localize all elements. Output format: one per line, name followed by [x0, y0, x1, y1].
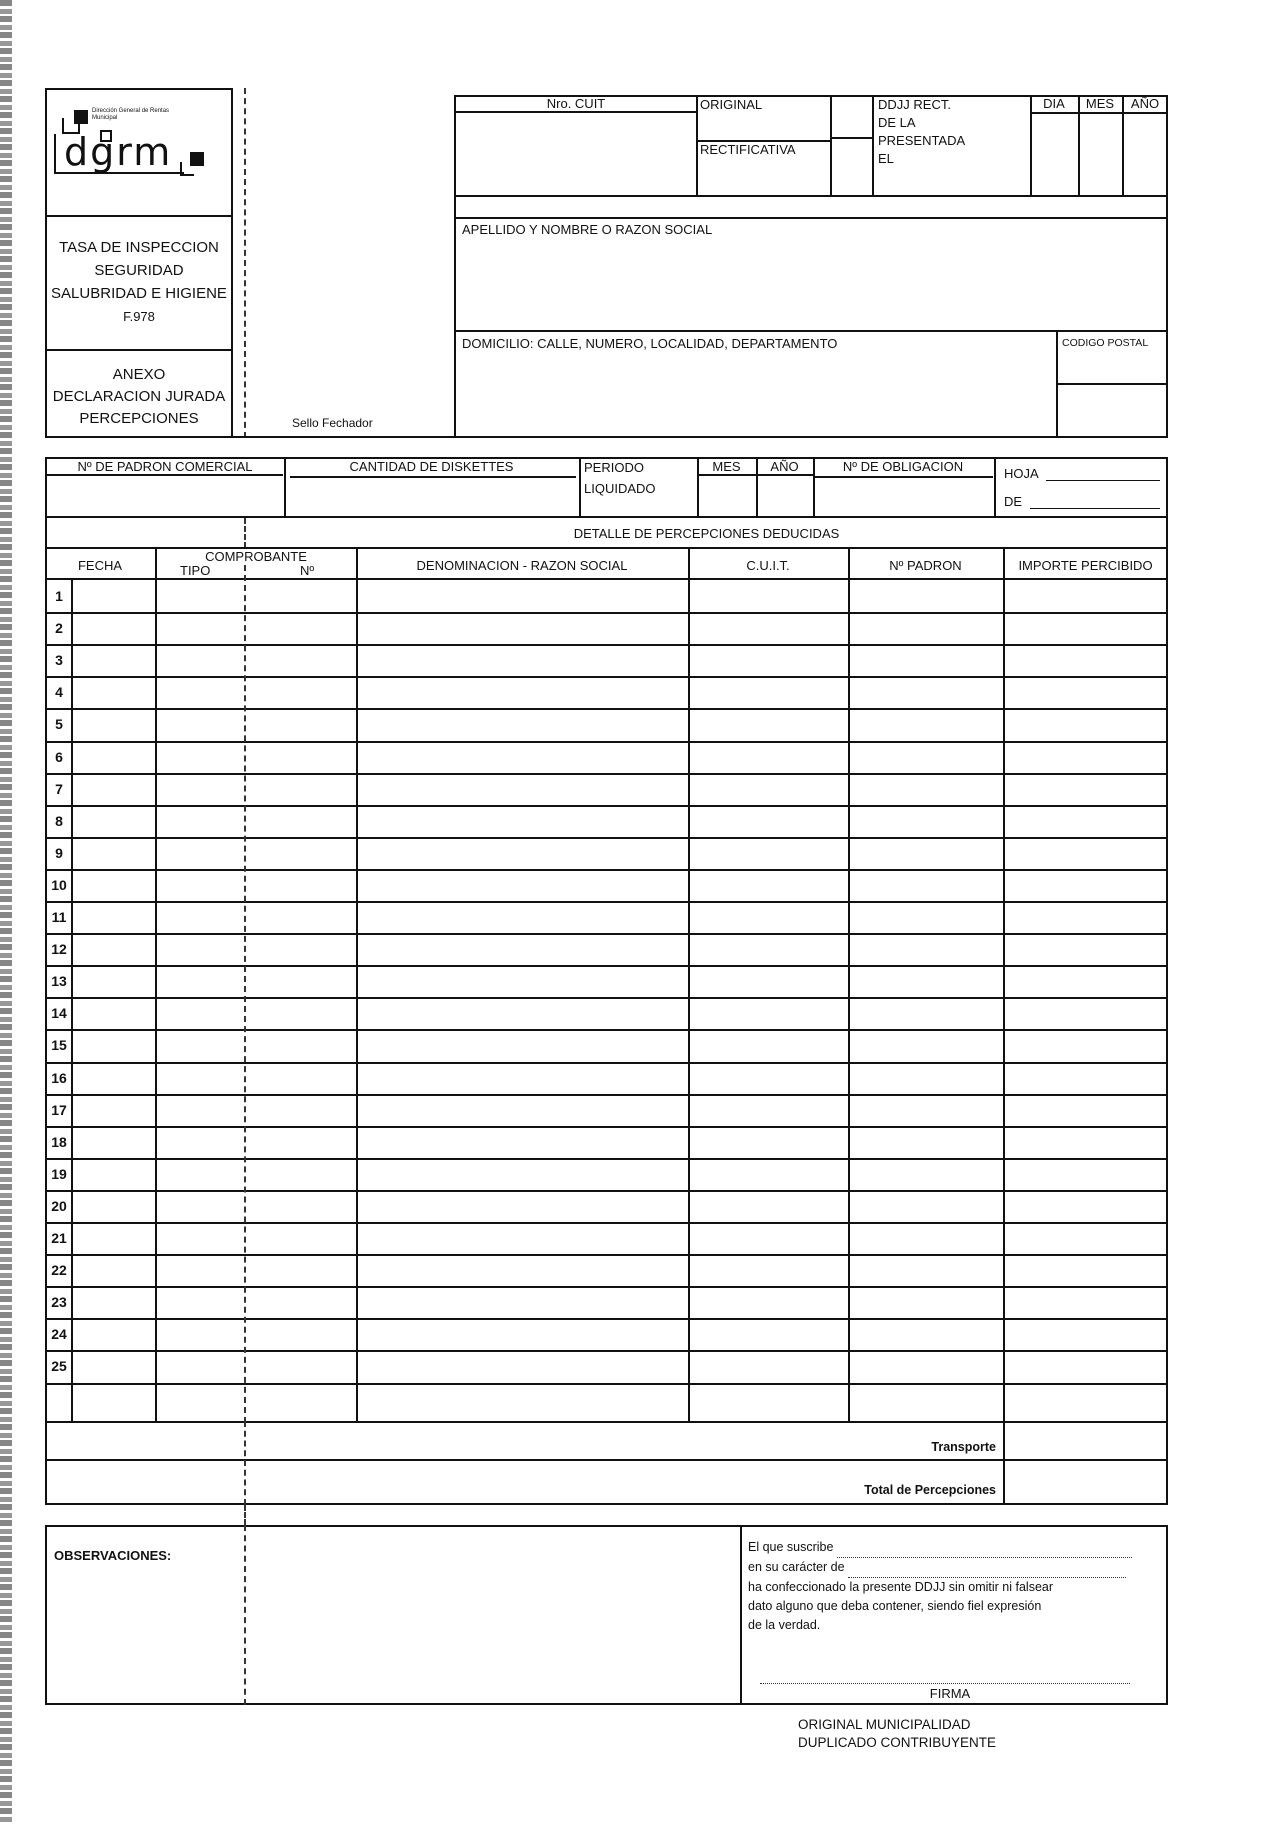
domicilio-label: DOMICILIO: CALLE, NUMERO, LOCALIDAD, DEP… [462, 336, 837, 351]
fecha-cell[interactable] [72, 1352, 155, 1380]
importe-cell[interactable] [1004, 807, 1167, 835]
divider [244, 1505, 246, 1525]
denominacion-cell[interactable] [357, 1160, 687, 1188]
denominacion-cell[interactable] [357, 1385, 687, 1413]
divider [45, 516, 1168, 518]
tipo-cell[interactable] [156, 1352, 244, 1380]
table-row: 18 [45, 1126, 1168, 1158]
tipo-cell[interactable] [156, 903, 244, 931]
fecha-cell[interactable] [72, 903, 155, 931]
logo-subtitle: Dirección General de Rentas Municipal [92, 108, 182, 122]
tipo-cell[interactable] [156, 807, 244, 835]
firma-field[interactable] [760, 1674, 1130, 1684]
padron-cell[interactable] [849, 1031, 1002, 1059]
row-number: 14 [47, 1005, 71, 1021]
footer-original: ORIGINAL MUNICIPALIDAD [798, 1716, 996, 1734]
annex-line-2: DECLARACION JURADA [45, 386, 233, 408]
cuit-cell[interactable] [689, 967, 847, 995]
numero-cell[interactable] [245, 775, 355, 803]
liquidado-label: LIQUIDADO [584, 481, 656, 496]
table-row: 19 [45, 1158, 1168, 1190]
divider [696, 95, 698, 197]
fecha-cell[interactable] [72, 710, 155, 738]
tipo-cell[interactable] [156, 999, 244, 1027]
cuit-cell[interactable] [689, 678, 847, 706]
numero-cell[interactable] [245, 710, 355, 738]
observaciones-label: OBSERVACIONES: [54, 1548, 171, 1563]
cuit-cell[interactable] [689, 710, 847, 738]
denominacion-cell[interactable] [357, 775, 687, 803]
row-number: 10 [47, 877, 71, 893]
divider [740, 1525, 742, 1705]
copy-distribution: ORIGINAL MUNICIPALIDAD DUPLICADO CONTRIB… [798, 1716, 996, 1752]
tipo-cell[interactable] [156, 967, 244, 995]
tipo-cell[interactable] [156, 839, 244, 867]
divider [454, 217, 1168, 219]
caracter-field[interactable] [848, 1558, 1126, 1578]
column-divider [848, 547, 850, 1423]
denominacion-cell[interactable] [357, 807, 687, 835]
cuit-cell[interactable] [689, 743, 847, 771]
table-row: 7 [45, 773, 1168, 805]
periodo-anio-label: AÑO [756, 459, 813, 474]
numero-cell[interactable] [245, 1160, 355, 1188]
numero-cell[interactable] [245, 1031, 355, 1059]
denominacion-cell[interactable] [357, 582, 687, 610]
padron-cell[interactable] [849, 807, 1002, 835]
row-number: 6 [47, 749, 71, 765]
numero-cell[interactable] [245, 839, 355, 867]
numero-cell[interactable] [245, 1128, 355, 1156]
denominacion-cell[interactable] [357, 1031, 687, 1059]
razon-social-field[interactable] [456, 240, 1166, 328]
stamp-label: Sello Fechador [292, 416, 373, 431]
denominacion-cell[interactable] [357, 1320, 687, 1348]
numero-cell[interactable] [245, 743, 355, 771]
diskettes-label: CANTIDAD DE DISKETTES [284, 459, 579, 474]
divider [233, 436, 455, 438]
domicilio-field[interactable] [456, 354, 1056, 436]
observaciones-field[interactable] [47, 1568, 737, 1702]
fecha-cell[interactable] [72, 1031, 155, 1059]
annex-line-1: ANEXO [45, 364, 233, 386]
tipo-cell[interactable] [156, 1288, 244, 1316]
numero-cell[interactable] [245, 1385, 355, 1413]
fecha-cell[interactable] [72, 1096, 155, 1124]
cuit-cell[interactable] [689, 871, 847, 899]
detail-title: DETALLE DE PERCEPCIONES DEDUCIDAS [245, 526, 1168, 541]
table-row: 6 [45, 741, 1168, 773]
cuit-cell[interactable] [689, 1224, 847, 1252]
padron-cell[interactable] [849, 839, 1002, 867]
diskettes-field[interactable] [286, 478, 578, 515]
tipo-cell[interactable] [156, 646, 244, 674]
denominacion-cell[interactable] [357, 1352, 687, 1380]
fecha-cell[interactable] [72, 1256, 155, 1284]
periodo-anio-field[interactable] [758, 476, 812, 515]
logo-wordmark: dgrm [64, 132, 172, 172]
importe-cell[interactable] [1004, 1064, 1167, 1092]
logo-bracket-icon [180, 162, 194, 176]
padron-cell[interactable] [849, 871, 1002, 899]
declaration-line-3: ha confeccionado la presente DDJJ sin om… [748, 1578, 1160, 1597]
row-number: 20 [47, 1198, 71, 1214]
declaration-line-5: de la verdad. [748, 1616, 1160, 1635]
firma-label: FIRMA [900, 1686, 1000, 1701]
table-row: 13 [45, 965, 1168, 997]
obligacion-label: Nº DE OBLIGACION [813, 459, 993, 474]
presentada-mes-field[interactable] [1080, 114, 1122, 194]
importe-cell[interactable] [1004, 871, 1167, 899]
tipo-cell[interactable] [156, 710, 244, 738]
presentada-dia-field[interactable] [1032, 114, 1078, 194]
table-row: 21 [45, 1222, 1168, 1254]
fecha-cell[interactable] [72, 678, 155, 706]
numero-cell[interactable] [245, 935, 355, 963]
numero-cell[interactable] [245, 999, 355, 1027]
form-title-line-1: TASA DE INSPECCION [45, 236, 233, 259]
razon-social-label: APELLIDO Y NOMBRE O RAZON SOCIAL [462, 222, 712, 237]
numero-cell[interactable] [245, 903, 355, 931]
row-number: 12 [47, 941, 71, 957]
fecha-cell[interactable] [72, 967, 155, 995]
table-row: 24 [45, 1318, 1168, 1350]
importe-cell[interactable] [1004, 743, 1167, 771]
fecha-cell[interactable] [72, 743, 155, 771]
periodo-mes-label: MES [697, 459, 756, 474]
cuit-cell[interactable] [689, 646, 847, 674]
tipo-cell[interactable] [156, 1096, 244, 1124]
importe-cell[interactable] [1004, 1160, 1167, 1188]
padron-cell[interactable] [849, 710, 1002, 738]
denominacion-cell[interactable] [357, 1224, 687, 1252]
transporte-field[interactable] [1005, 1423, 1166, 1458]
table-row: 9 [45, 837, 1168, 869]
denominacion-cell[interactable] [357, 710, 687, 738]
cuit-label: Nro. CUIT [454, 96, 698, 111]
total-percepciones-field[interactable] [1005, 1461, 1166, 1503]
cuit-cell[interactable] [689, 582, 847, 610]
fecha-cell[interactable] [72, 1192, 155, 1220]
tipo-cell[interactable] [156, 614, 244, 642]
padron-cell[interactable] [849, 582, 1002, 610]
padron-cell[interactable] [849, 1256, 1002, 1284]
rectificativa-checkbox[interactable] [832, 142, 872, 195]
cuit-cell[interactable] [689, 1064, 847, 1092]
padron-cell[interactable] [849, 743, 1002, 771]
tipo-cell[interactable] [156, 1224, 244, 1252]
tipo-cell[interactable] [156, 1031, 244, 1059]
padron-cell[interactable] [849, 646, 1002, 674]
form-code: F.978 [45, 305, 233, 328]
tipo-cell[interactable] [156, 582, 244, 610]
padron-cell[interactable] [849, 967, 1002, 995]
tipo-cell[interactable] [156, 1256, 244, 1284]
col-importe-header: IMPORTE PERCIBIDO [1003, 558, 1168, 573]
cuit-cell[interactable] [689, 1352, 847, 1380]
dgrm-logo: Dirección General de Rentas Municipal dg… [52, 96, 222, 208]
cuit-cell[interactable] [689, 839, 847, 867]
importe-cell[interactable] [1004, 1385, 1167, 1413]
fecha-cell[interactable] [72, 1224, 155, 1252]
padron-cell[interactable] [849, 1352, 1002, 1380]
padron-cell[interactable] [849, 1192, 1002, 1220]
divider [454, 330, 1168, 332]
cuit-cell[interactable] [689, 775, 847, 803]
table-row [45, 1383, 1168, 1415]
form-title: TASA DE INSPECCION SEGURIDAD SALUBRIDAD … [45, 236, 233, 328]
numero-cell[interactable] [245, 967, 355, 995]
padron-cell[interactable] [849, 1064, 1002, 1092]
importe-cell[interactable] [1004, 1256, 1167, 1284]
padron-cell[interactable] [849, 1288, 1002, 1316]
denominacion-cell[interactable] [357, 1288, 687, 1316]
total-percepciones-label: Total de Percepciones [780, 1483, 996, 1498]
importe-cell[interactable] [1004, 1192, 1167, 1220]
codigo-postal-label: CODIGO POSTAL [1062, 336, 1148, 351]
fecha-cell[interactable] [72, 871, 155, 899]
cuit-cell[interactable] [689, 1288, 847, 1316]
cuit-cell[interactable] [689, 1385, 847, 1413]
divider [872, 95, 874, 197]
padron-cell[interactable] [849, 1160, 1002, 1188]
row-number: 7 [47, 781, 71, 797]
numero-cell[interactable] [245, 646, 355, 674]
cuit-cell[interactable] [689, 1192, 847, 1220]
table-row: 1 [45, 580, 1168, 612]
denominacion-cell[interactable] [357, 935, 687, 963]
fecha-cell[interactable] [72, 999, 155, 1027]
fecha-cell[interactable] [72, 1385, 155, 1413]
denominacion-cell[interactable] [357, 999, 687, 1027]
annex-title: ANEXO DECLARACION JURADA PERCEPCIONES [45, 364, 233, 430]
cuit-cell[interactable] [689, 903, 847, 931]
row-number: 16 [47, 1070, 71, 1086]
divider [579, 457, 581, 517]
denominacion-cell[interactable] [357, 871, 687, 899]
footer-duplicado: DUPLICADO CONTRIBUYENTE [798, 1734, 996, 1752]
declaration-text: El que suscribe en su carácter de ha con… [748, 1538, 1160, 1635]
padron-cell[interactable] [849, 1385, 1002, 1413]
tipo-cell[interactable] [156, 743, 244, 771]
padron-cell[interactable] [849, 1096, 1002, 1124]
numero-cell[interactable] [245, 678, 355, 706]
original-label: ORIGINAL [700, 97, 762, 112]
col-cuit-header: C.U.I.T. [688, 558, 848, 573]
row-number: 23 [47, 1294, 71, 1310]
padron-cell[interactable] [849, 903, 1002, 931]
row-number: 11 [47, 909, 71, 925]
tipo-cell[interactable] [156, 1064, 244, 1092]
importe-cell[interactable] [1004, 839, 1167, 867]
fecha-cell[interactable] [72, 1128, 155, 1156]
fecha-cell[interactable] [72, 1288, 155, 1316]
tipo-cell[interactable] [156, 1192, 244, 1220]
codigo-postal-field[interactable] [1058, 350, 1166, 382]
table-row: 22 [45, 1254, 1168, 1286]
denominacion-cell[interactable] [357, 903, 687, 931]
declaration-line-4: dato alguno que deba contener, siendo fi… [748, 1597, 1160, 1616]
padron-cell[interactable] [849, 1320, 1002, 1348]
row-number: 25 [47, 1358, 71, 1374]
col-tipo-header: TIPO [180, 563, 210, 578]
presentada-anio-field[interactable] [1124, 114, 1166, 194]
mes-label: MES [1078, 96, 1122, 111]
denominacion-cell[interactable] [357, 614, 687, 642]
importe-cell[interactable] [1004, 614, 1167, 642]
padron-cell[interactable] [849, 678, 1002, 706]
padron-cell[interactable] [849, 935, 1002, 963]
importe-cell[interactable] [1004, 1128, 1167, 1156]
ddjj-rect-line-1: DDJJ RECT. [878, 96, 965, 114]
importe-cell[interactable] [1004, 1352, 1167, 1380]
numero-cell[interactable] [245, 1256, 355, 1284]
importe-cell[interactable] [1004, 1031, 1167, 1059]
tipo-cell[interactable] [156, 1385, 244, 1413]
cuit-cell[interactable] [689, 1031, 847, 1059]
row-number: 24 [47, 1326, 71, 1342]
row-number: 18 [47, 1134, 71, 1150]
de-field[interactable] [1030, 494, 1160, 509]
cuit-cell[interactable] [689, 999, 847, 1027]
numero-cell[interactable] [245, 1064, 355, 1092]
fecha-cell[interactable] [72, 1320, 155, 1348]
numero-cell[interactable] [245, 1320, 355, 1348]
importe-cell[interactable] [1004, 1096, 1167, 1124]
tipo-cell[interactable] [156, 678, 244, 706]
row-number: 15 [47, 1037, 71, 1053]
col-numero-header: Nº [300, 563, 314, 578]
divider [45, 1459, 1168, 1461]
numero-cell[interactable] [245, 1224, 355, 1252]
tipo-cell[interactable] [156, 871, 244, 899]
column-divider [155, 547, 157, 1423]
importe-cell[interactable] [1004, 967, 1167, 995]
denominacion-cell[interactable] [357, 839, 687, 867]
cuit-cell[interactable] [689, 1320, 847, 1348]
denominacion-cell[interactable] [357, 1256, 687, 1284]
numero-cell[interactable] [245, 1096, 355, 1124]
padron-cell[interactable] [849, 614, 1002, 642]
dia-label: DIA [1030, 96, 1078, 111]
padron-comercial-label: Nº DE PADRON COMERCIAL [45, 459, 285, 474]
row-number: 2 [47, 620, 71, 636]
obligacion-field[interactable] [815, 478, 991, 515]
table-row: 2 [45, 612, 1168, 644]
padron-cell[interactable] [849, 999, 1002, 1027]
original-checkbox[interactable] [832, 97, 872, 139]
importe-cell[interactable] [1004, 903, 1167, 931]
tipo-cell[interactable] [156, 775, 244, 803]
hoja-label: HOJA [1004, 466, 1039, 481]
numero-cell[interactable] [245, 582, 355, 610]
numero-cell[interactable] [245, 1288, 355, 1316]
form-title-line-3: SALUBRIDAD E HIGIENE [45, 282, 233, 305]
denominacion-cell[interactable] [357, 1192, 687, 1220]
table-row: 25 [45, 1350, 1168, 1382]
divider [1056, 383, 1168, 385]
importe-cell[interactable] [1004, 678, 1167, 706]
importe-cell[interactable] [1004, 1288, 1167, 1316]
numero-cell[interactable] [245, 1352, 355, 1380]
periodo-mes-field[interactable] [699, 476, 755, 515]
numero-cell[interactable] [245, 1192, 355, 1220]
padron-cell[interactable] [849, 775, 1002, 803]
cuit-cell[interactable] [689, 1160, 847, 1188]
scan-edge-artifact [0, 0, 12, 1824]
padron-cell[interactable] [849, 1224, 1002, 1252]
cuit-field[interactable] [456, 113, 696, 195]
cuit-cell[interactable] [689, 1096, 847, 1124]
row-number: 17 [47, 1102, 71, 1118]
caracter-label: en su carácter de [748, 1560, 845, 1574]
cuit-cell[interactable] [689, 1256, 847, 1284]
padron-cell[interactable] [849, 1128, 1002, 1156]
fecha-cell[interactable] [72, 839, 155, 867]
totals-frame [45, 1421, 1168, 1505]
tipo-cell[interactable] [156, 1128, 244, 1156]
fecha-cell[interactable] [72, 614, 155, 642]
denominacion-cell[interactable] [357, 678, 687, 706]
row-number: 1 [47, 588, 71, 604]
importe-cell[interactable] [1004, 1320, 1167, 1348]
denominacion-cell[interactable] [357, 1128, 687, 1156]
ddjj-rect-line-4: EL [878, 150, 965, 168]
fecha-cell[interactable] [72, 1160, 155, 1188]
denominacion-cell[interactable] [357, 646, 687, 674]
fecha-cell[interactable] [72, 935, 155, 963]
denominacion-cell[interactable] [357, 967, 687, 995]
hoja-field[interactable] [1046, 466, 1160, 481]
fecha-cell[interactable] [72, 646, 155, 674]
row-number: 22 [47, 1262, 71, 1278]
cuit-cell[interactable] [689, 614, 847, 642]
numero-cell[interactable] [245, 807, 355, 835]
column-divider [356, 547, 358, 1423]
column-divider [244, 565, 246, 1423]
suscribe-field[interactable] [837, 1538, 1132, 1558]
col-fecha-header: FECHA [45, 558, 155, 573]
tipo-cell[interactable] [156, 1320, 244, 1348]
table-row: 14 [45, 997, 1168, 1029]
fecha-cell[interactable] [72, 582, 155, 610]
fecha-cell[interactable] [72, 1064, 155, 1092]
fecha-cell[interactable] [72, 775, 155, 803]
padron-comercial-field[interactable] [47, 476, 283, 515]
importe-cell[interactable] [1004, 1224, 1167, 1252]
divider [454, 195, 1168, 197]
numero-cell[interactable] [245, 614, 355, 642]
cuit-cell[interactable] [689, 1128, 847, 1156]
rectificativa-label: RECTIFICATIVA [700, 142, 796, 157]
denominacion-cell[interactable] [357, 1064, 687, 1092]
cuit-cell[interactable] [689, 807, 847, 835]
denominacion-cell[interactable] [357, 743, 687, 771]
importe-cell[interactable] [1004, 710, 1167, 738]
numero-cell[interactable] [245, 871, 355, 899]
importe-cell[interactable] [1004, 935, 1167, 963]
importe-cell[interactable] [1004, 646, 1167, 674]
tipo-cell[interactable] [156, 935, 244, 963]
transporte-label: Transporte [880, 1440, 996, 1455]
importe-cell[interactable] [1004, 582, 1167, 610]
importe-cell[interactable] [1004, 999, 1167, 1027]
importe-cell[interactable] [1004, 775, 1167, 803]
tipo-cell[interactable] [156, 1160, 244, 1188]
denominacion-cell[interactable] [357, 1096, 687, 1124]
cuit-cell[interactable] [689, 935, 847, 963]
fecha-cell[interactable] [72, 807, 155, 835]
